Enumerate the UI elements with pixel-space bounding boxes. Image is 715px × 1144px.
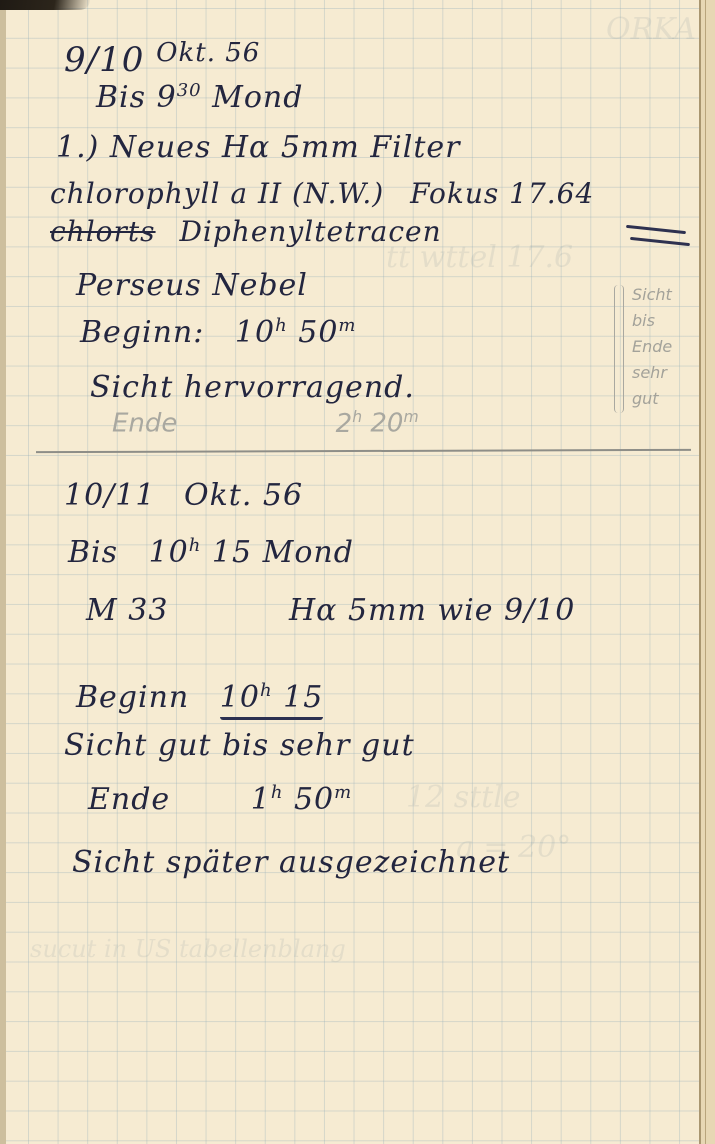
entry1-date: 9/10 Okt. 56 [64, 38, 260, 80]
entry2-date: 10/11 Okt. 56 [64, 478, 303, 513]
moon-hours: 10 [149, 535, 189, 570]
end-m: m [334, 782, 352, 803]
notebook-page: ORKA tt wttel 17.6 12 sttle a = 20° sucu… [6, 0, 701, 1144]
moon-suffix: Mond [263, 535, 354, 570]
double-underline [626, 225, 686, 234]
margin-side-note: Sicht bis Ende sehr gut [632, 282, 692, 412]
moon-prefix: Bis [68, 535, 118, 570]
focus-value: 17.64 [509, 177, 594, 210]
entry-separator-line [36, 449, 691, 453]
begin-hours: 10 [220, 680, 260, 715]
date-text: 10/11 [64, 478, 155, 513]
notebook-cover-shadow [0, 0, 90, 10]
moon-prefix: Bis [96, 80, 146, 115]
end-label: Ende [88, 782, 170, 817]
entry1-begin: Beginn: 10h 50m [80, 315, 357, 350]
filter-text: Hα 5mm wie 9/10 [289, 593, 575, 628]
filter-description: chlorophyll a II (N.W.) [50, 177, 384, 210]
entry1-object: Perseus Nebel [76, 268, 308, 303]
end-label: Ende [112, 409, 177, 439]
entry1-line1: 1.) Neues Hα 5mm Filter [56, 130, 461, 165]
entry2-moon-note: Bis 10h 15 Mond [68, 535, 354, 570]
side-note-line: sehr [632, 360, 692, 386]
side-note-line: gut [632, 386, 692, 412]
end-m: m [403, 408, 418, 426]
object-text: M 33 [86, 593, 168, 628]
moon-h: h [189, 535, 202, 556]
end-h: h [352, 408, 362, 426]
compound-text: Diphenyltetracen [179, 215, 441, 248]
entry2-object: M 33 Hα 5mm wie 9/10 [86, 593, 575, 628]
begin-minutes: 50 [298, 315, 338, 350]
entry1-line3: chlorts Diphenyltetracen [50, 215, 442, 248]
entry1-line2: chlorophyll a II (N.W.) Fokus 17.64 [50, 177, 594, 210]
bleed-through-text: 12 sttle [406, 780, 521, 815]
entry1-seeing: Sicht hervorragend. [90, 370, 415, 405]
begin-time-underlined: 10h 15 [220, 680, 324, 720]
side-note-line: Ende [632, 334, 692, 360]
entry1-moon-note: Bis 930 Mond [96, 80, 303, 115]
struck-text: chlorts [50, 215, 156, 248]
entry1-end-pencil: Ende 2h 20m [112, 408, 419, 439]
moon-time-sup: 30 [177, 80, 202, 101]
begin-h: h [275, 315, 288, 336]
end-h: h [271, 782, 284, 803]
double-underline [630, 237, 690, 246]
end-minutes: 20 [370, 409, 403, 439]
begin-minutes: 15 [283, 680, 323, 715]
side-note-line: Sicht [632, 282, 692, 308]
bleed-through-text: ORKA [606, 12, 696, 47]
side-note-line: bis [632, 308, 692, 334]
focus-label: Fokus [410, 177, 499, 210]
month-year-text: Okt. 56 [184, 478, 303, 513]
end-hours: 1 [251, 782, 271, 817]
date-text: 9/10 [64, 40, 144, 80]
margin-bracket [614, 285, 624, 413]
begin-hours: 10 [235, 315, 275, 350]
entry2-end: Ende 1h 50m [88, 782, 352, 817]
entry2-seeing: Sicht gut bis sehr gut [64, 728, 415, 763]
moon-time: 9 [157, 80, 177, 115]
bleed-through-text: sucut in US tabellenblang [30, 935, 346, 963]
begin-label: Beginn: [80, 315, 204, 350]
end-hours: 2 [336, 409, 353, 439]
page-right-edge [699, 0, 715, 1144]
end-minutes: 50 [294, 782, 334, 817]
entry2-begin: Beginn 10h 15 [76, 680, 323, 715]
begin-label: Beginn [76, 680, 189, 715]
entry2-seeing-later: Sicht später ausgezeichnet [72, 845, 510, 880]
begin-h: h [260, 680, 273, 701]
begin-m: m [338, 315, 356, 336]
moon-suffix: Mond [212, 80, 303, 115]
month-year-text: Okt. 56 [156, 38, 260, 68]
moon-minutes: 15 [212, 535, 252, 570]
